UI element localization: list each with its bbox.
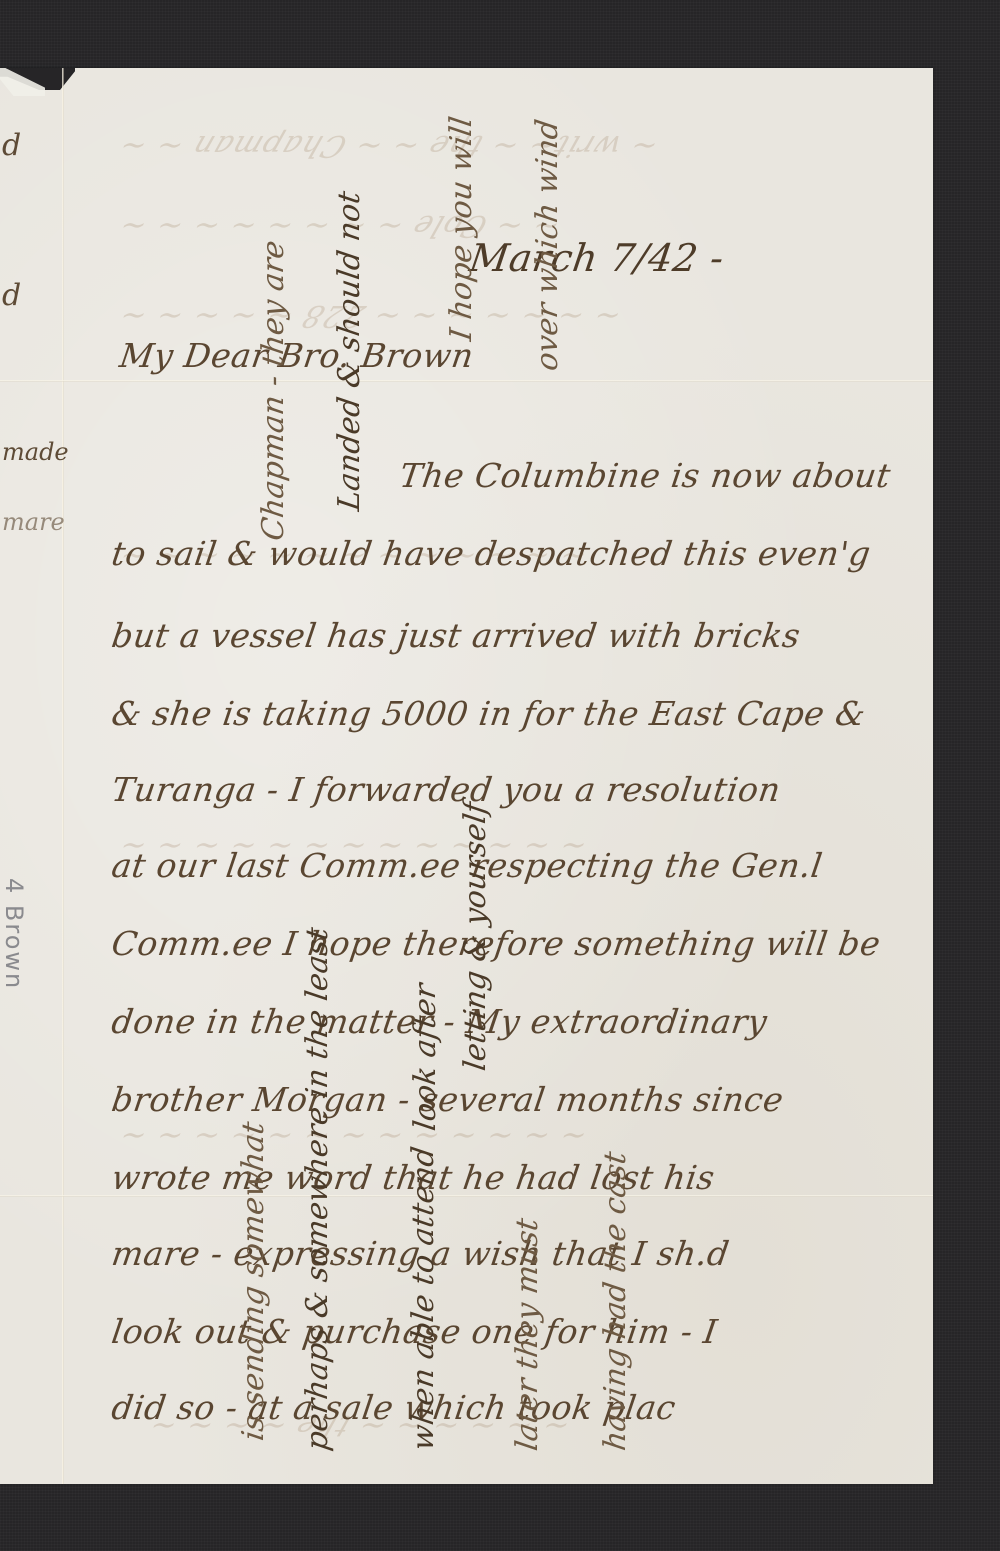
cross-written-line: Chapman - they are — [256, 238, 291, 543]
cross-written-line: is sending somewhat — [236, 1120, 271, 1443]
letter-date: March 7/42 - — [467, 236, 727, 280]
cross-written-line: Landed & should not — [332, 189, 367, 513]
cross-written-line: I hope you will — [444, 114, 479, 343]
letter-sheet: ~ writ~ ~ the ~ ~ Chapman ~ ~ ~ ~ Cole ~… — [0, 68, 933, 1484]
bleed-through-text: ~ ~ ~ ~ ~ ~ ~ ~ ~ ~ ~ ~ ~ — [114, 1118, 593, 1153]
body-line: Turanga - I forwarded you a resolution — [109, 770, 783, 809]
body-line: & she is taking 5000 in for the East Cap… — [109, 694, 868, 733]
body-line: did so - at a sale which took plac — [109, 1388, 678, 1427]
edge-fragment: made — [2, 438, 69, 466]
cross-written-line: look after — [408, 981, 443, 1132]
body-line: but a vessel has just arrived with brick… — [109, 616, 803, 655]
pencil-annotation: 4 Brown — [0, 878, 28, 990]
cross-written-line: later they must — [510, 1216, 545, 1453]
salutation: My Dear Bro. Brown — [117, 336, 476, 375]
cross-written-line: having had the cast — [598, 1149, 633, 1452]
edge-fragment: d — [2, 128, 21, 163]
body-line: to sail & would have despatched this eve… — [109, 534, 873, 573]
bleed-through-text: ~ writ~ ~ the ~ ~ Chapman ~ ~ — [114, 128, 664, 163]
edge-fragment: d — [2, 278, 21, 313]
cross-written-line: letting & yourself — [458, 800, 493, 1073]
cross-written-line: when able to attend — [406, 1144, 441, 1452]
body-line: Comm.ee I hope therefore something will … — [109, 924, 883, 963]
body-line: The Columbine is now about — [397, 456, 893, 495]
edge-fragment: mare — [2, 508, 65, 536]
horizontal-fold-line — [0, 380, 933, 382]
cross-written-line: over which wind — [530, 117, 565, 373]
cross-written-line: perhaps & somewhere in the least — [300, 925, 335, 1453]
body-line: brother Morgan - several months since — [109, 1080, 786, 1119]
vertical-fold-line — [62, 68, 64, 1484]
